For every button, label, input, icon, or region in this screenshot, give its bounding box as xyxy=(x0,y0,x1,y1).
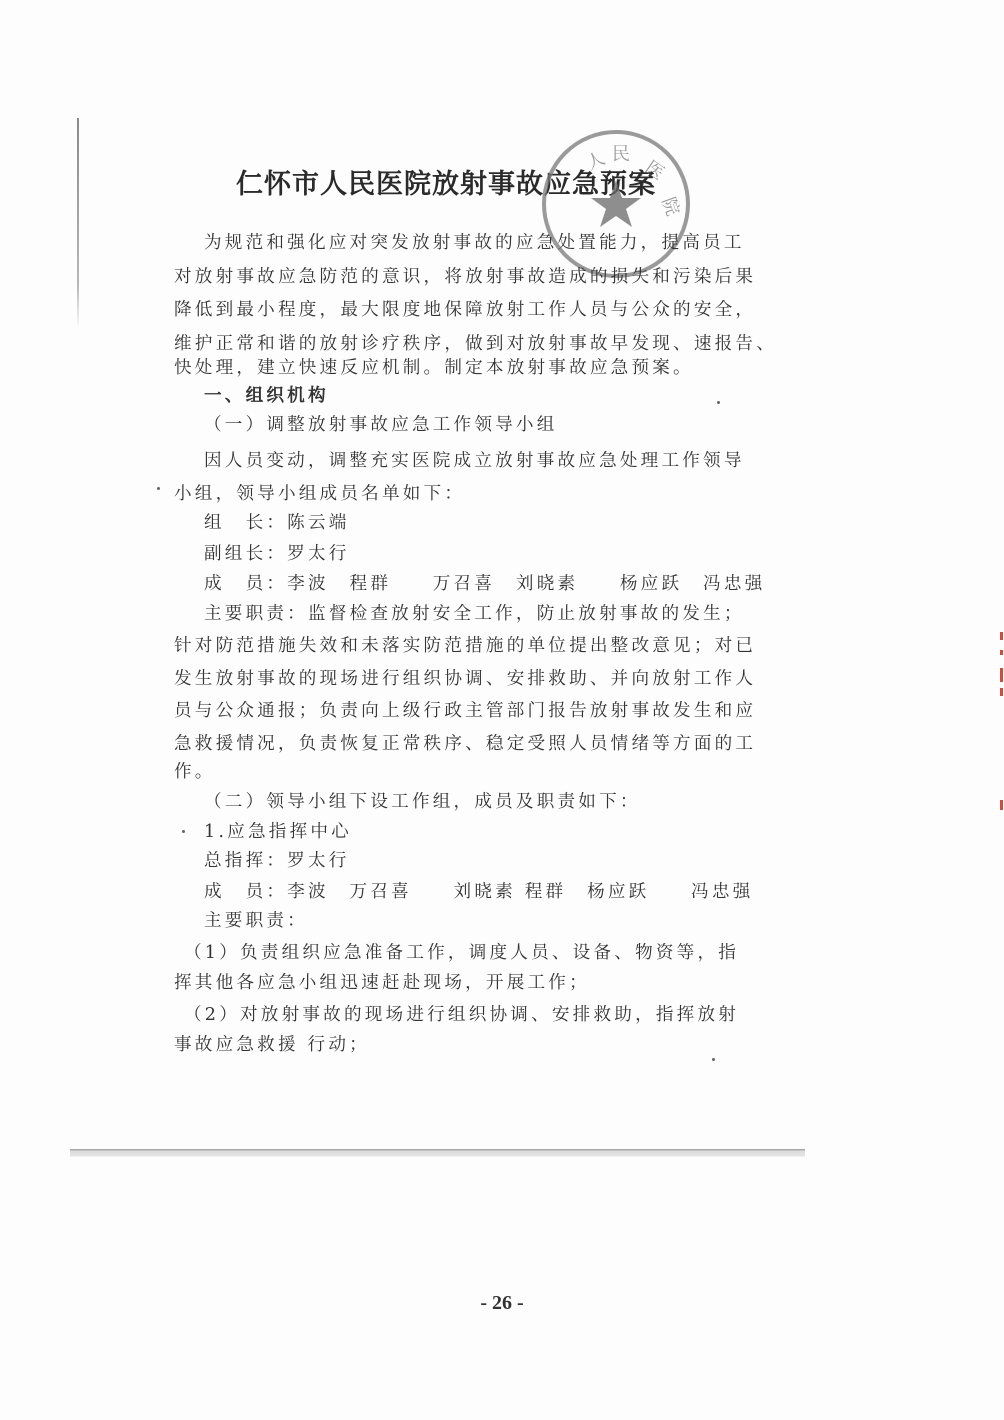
scan-speck xyxy=(717,401,720,404)
page-number: - 26 - xyxy=(0,1292,1004,1315)
duties-line: 发生放射事故的现场进行组织协调、安排救助、并向放射工作人 xyxy=(174,665,756,690)
group-title: 1.应急指挥中心 xyxy=(204,818,352,843)
duty-item: （1）负责组织应急准备工作，调度人员、设备、物资等，指 xyxy=(184,939,739,964)
binding-margin-line xyxy=(77,118,79,328)
scan-artifact xyxy=(1000,668,1003,682)
duty-item: 事故应急救援 行动； xyxy=(174,1031,370,1056)
members-line: 成 员：李波 程群 万召喜 刘晓素 杨应跃 冯忠强 xyxy=(204,570,765,595)
body-line: 因人员变动，调整充实医院成立放射事故应急处理工作领导 xyxy=(204,447,745,472)
svg-text:院: 院 xyxy=(657,195,683,219)
intro-line: 维护正常和谐的放射诊疗秩序，做到对放射事故早发现、速报告、 xyxy=(174,330,777,355)
duties-line: 主要职责：监督检查放射安全工作，防止放射事故的发生； xyxy=(204,600,745,625)
duties-line: 针对防范措施失效和未落实防范措施的单位提出整改意见；对已 xyxy=(174,632,756,657)
members-line: 成 员：李波 万召喜 刘晓素 程群 杨应跃 冯忠强 xyxy=(204,878,753,903)
duty-item: 挥其他各应急小组迅速赶赴现场，开展工作； xyxy=(174,969,590,994)
scan-artifact xyxy=(1000,632,1003,640)
intro-line: 快处理，建立快速反应机制。制定本放射事故应急预案。 xyxy=(174,354,694,379)
scan-speck xyxy=(182,830,185,833)
intro-line: 对放射事故应急防范的意识，将放射事故造成的损失和污染后果 xyxy=(174,263,756,288)
section-heading: 一、组织机构 xyxy=(204,382,329,407)
page-separator xyxy=(70,1149,805,1157)
intro-line: 为规范和强化应对突发放射事故的应急处置能力，提高员工 xyxy=(204,229,745,254)
hospital-seal-stamp-icon: 人 民 医 院 xyxy=(540,128,692,280)
document-title: 仁怀市人民医院放射事故应急预案 xyxy=(236,162,656,201)
scan-artifact xyxy=(1000,688,1003,696)
duties-line: 急救援情况，负责恢复正常秩序、稳定受照人员情绪等方面的工 xyxy=(174,730,756,755)
scan-artifact xyxy=(1000,650,1003,655)
duties-label: 主要职责： xyxy=(204,907,308,932)
subsection-heading: （二）领导小组下设工作组，成员及职责如下： xyxy=(204,788,641,813)
duty-item: （2）对放射事故的现场进行组织协调、安排救助，指挥放射 xyxy=(184,1001,739,1026)
intro-line: 降低到最小程度，最大限度地保障放射工作人员与公众的安全， xyxy=(174,296,756,321)
leader-line: 组 长：陈云端 xyxy=(204,509,350,534)
deputy-leader-line: 副组长：罗太行 xyxy=(204,540,350,565)
scan-speck xyxy=(712,1058,715,1061)
duties-line: 员与公众通报；负责向上级行政主管部门报告放射事故发生和应 xyxy=(174,697,756,722)
body-line: 小组，领导小组成员名单如下： xyxy=(174,480,465,505)
scan-artifact xyxy=(1000,800,1003,810)
commander-line: 总指挥：罗太行 xyxy=(204,847,350,872)
scan-speck xyxy=(157,487,160,490)
duties-line: 作。 xyxy=(174,758,216,783)
subsection-heading: （一）调整放射事故应急工作领导小组 xyxy=(204,411,558,436)
